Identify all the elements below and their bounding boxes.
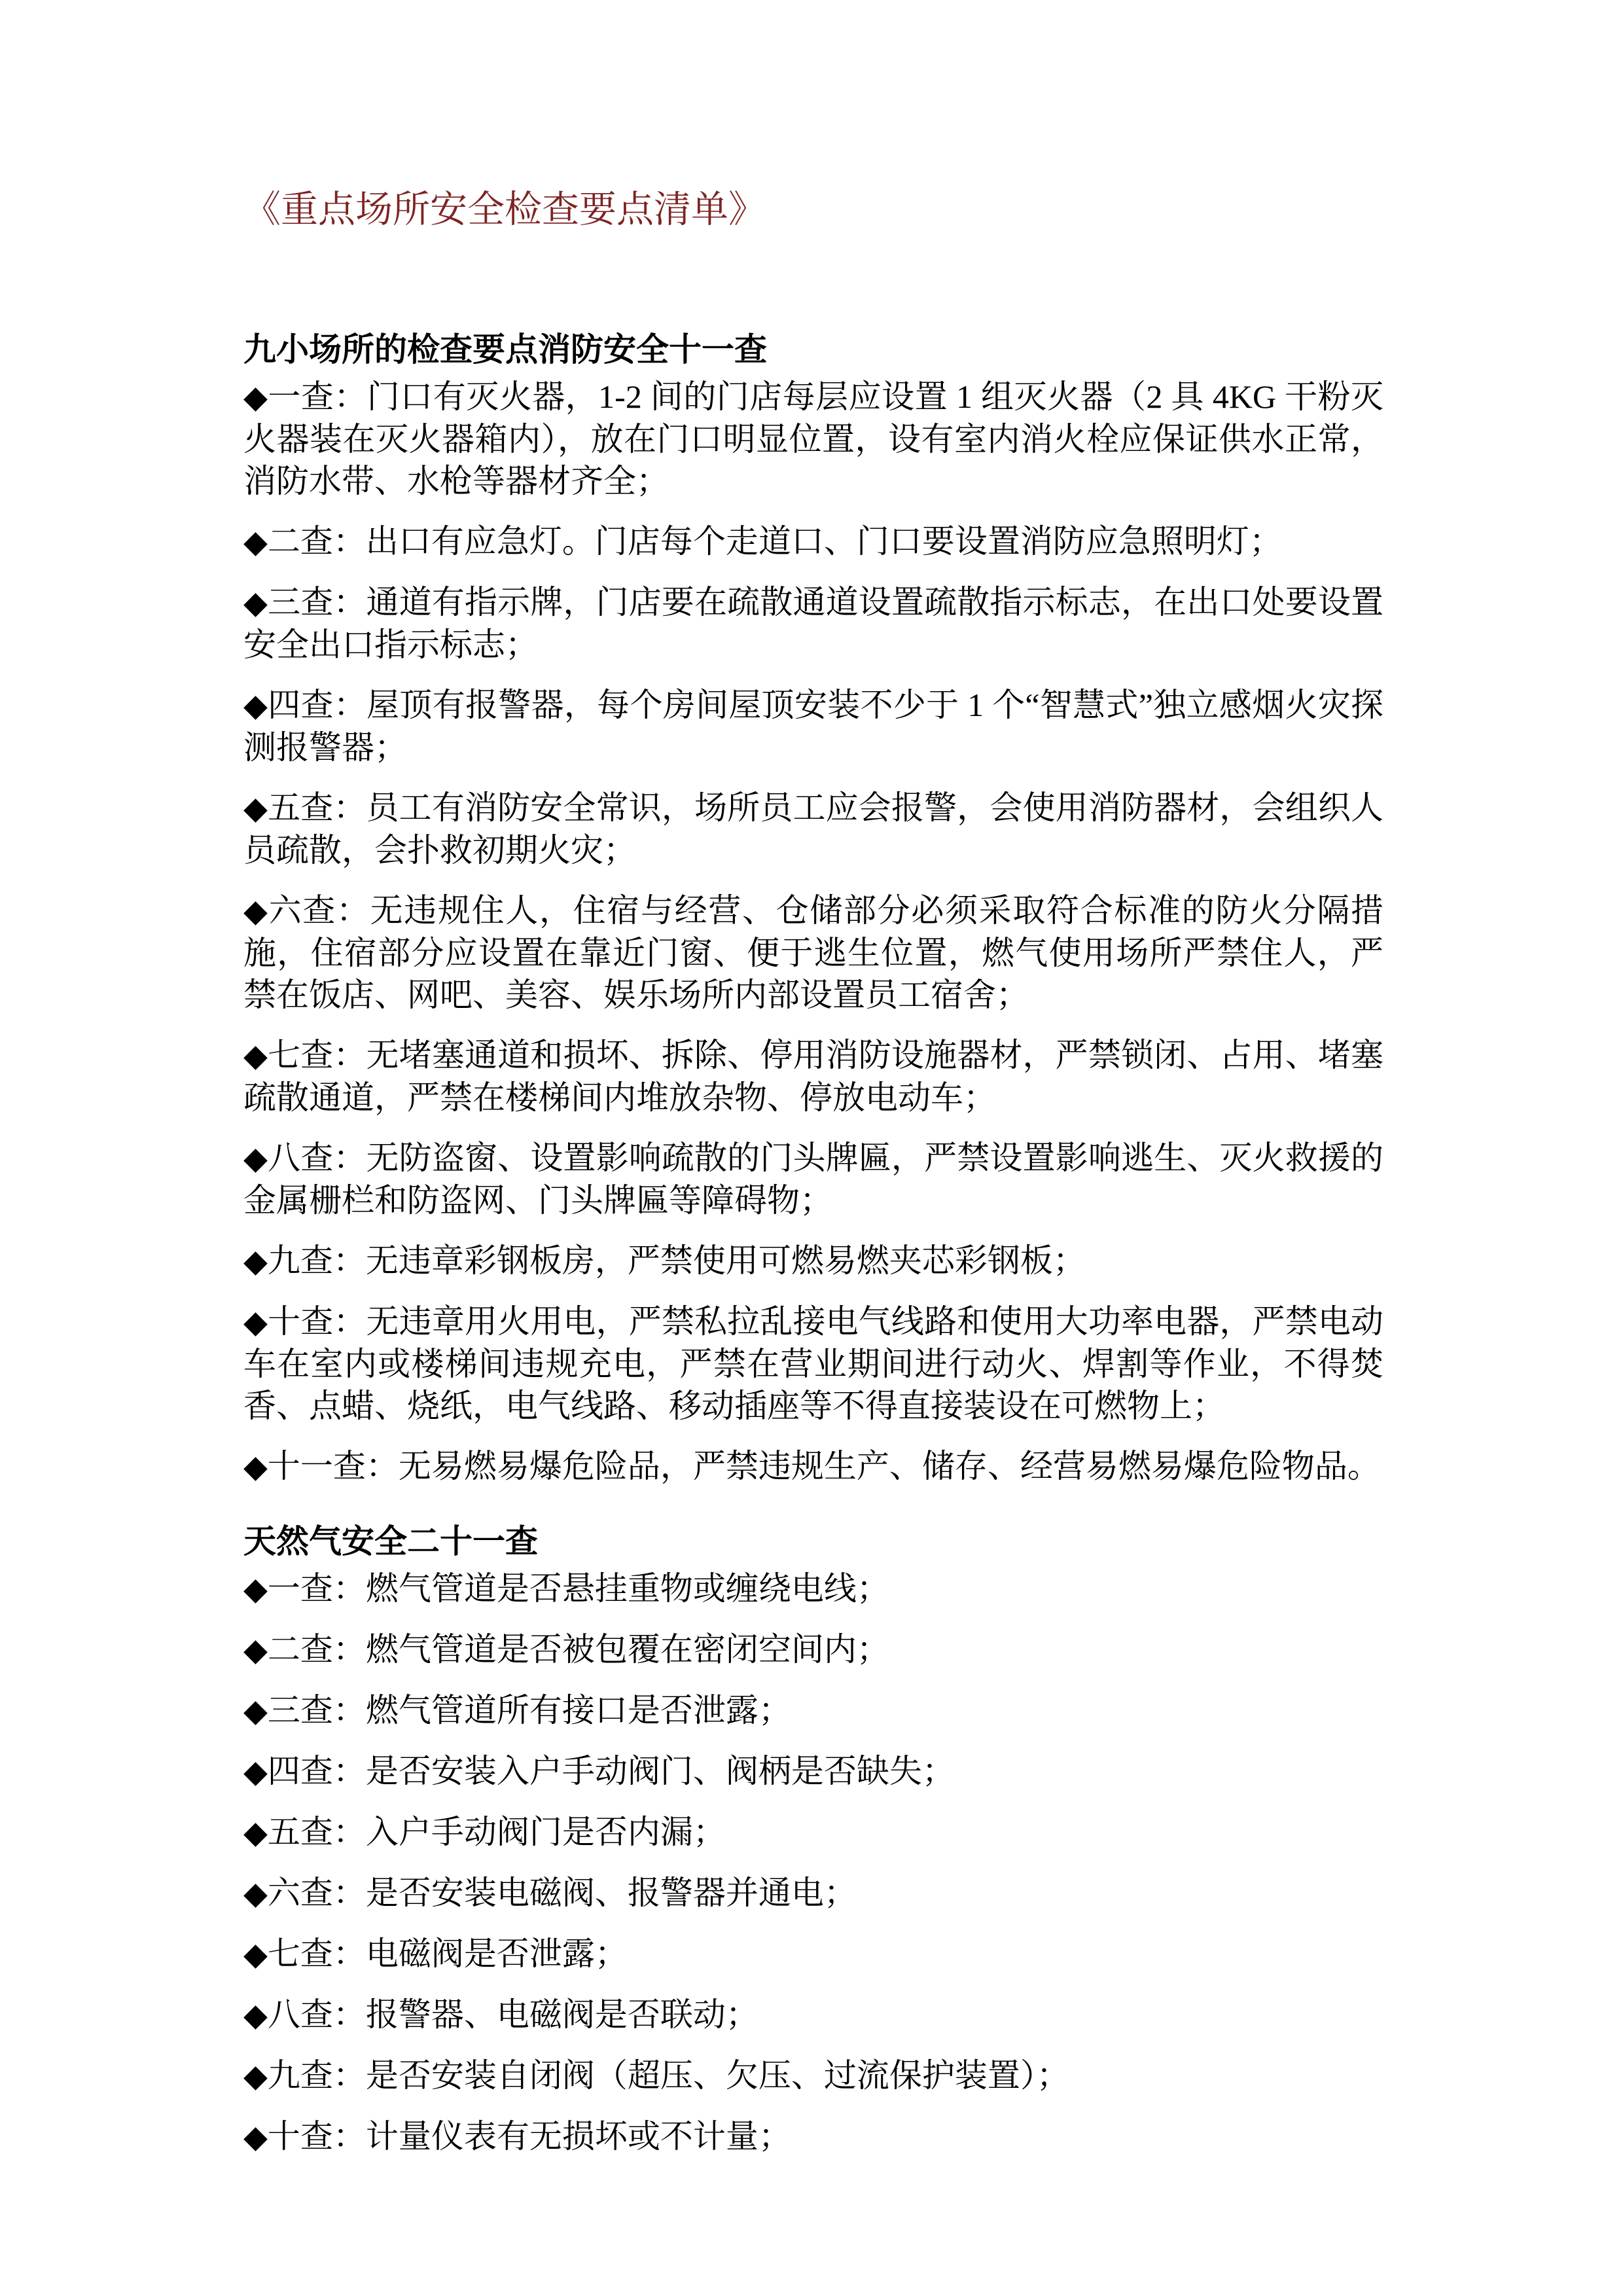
document-body: 九小场所的检查要点消防安全十一查 ◆一查：门口有灭火器，1-2 间的门店每层应设… xyxy=(243,329,1383,2158)
item-label: 七查： xyxy=(268,1935,366,1972)
item-text: 无违章用火用电，严禁私拉乱接电气线路和使用大功率电器，严禁电动车在室内或楼梯间违… xyxy=(243,1303,1383,1424)
checklist-item: ◆一查：门口有灭火器，1-2 间的门店每层应设置 1 组灭火器（2 具 4KG … xyxy=(243,376,1383,502)
item-label: 七查： xyxy=(268,1037,366,1073)
document-title: 《重点场所安全检查要点清单》 xyxy=(243,188,1383,232)
item-text: 通道有指示牌，门店要在疏散通道设置疏散指示标志，在出口处要设置安全出口指示标志； xyxy=(243,584,1383,663)
section-items: ◆一查：燃气管道是否悬挂重物或缠绕电线； ◆二查：燃气管道是否被包覆在密闭空间内… xyxy=(243,1568,1383,2158)
item-text: 员工有消防安全常识，场所员工应会报警，会使用消防器材，会组织人员疏散，会扑救初期… xyxy=(243,789,1383,869)
item-text: 无堵塞通道和损坏、拆除、停用消防设施器材，严禁锁闭、占用、堵塞疏散通道，严禁在楼… xyxy=(243,1037,1383,1116)
item-text: 是否安装自闭阀（超压、欠压、过流保护装置）； xyxy=(366,2057,1069,2094)
item-text: 无防盗窗、设置影响疏散的门头牌匾，严禁设置影响逃生、灭火救援的金属栅栏和防盗网、… xyxy=(243,1139,1383,1219)
item-text: 屋顶有报警器，每个房间屋顶安装不少于 1 个“智慧式”独立感烟火灾探测报警器； xyxy=(243,687,1383,766)
checklist-item: ◆四查：屋顶有报警器，每个房间屋顶安装不少于 1 个“智慧式”独立感烟火灾探测报… xyxy=(243,684,1383,768)
item-label: 十查： xyxy=(268,2118,366,2155)
checklist-item: ◆九查：是否安装自闭阀（超压、欠压、过流保护装置）； xyxy=(243,2054,1383,2097)
checklist-item: ◆二查：出口有应急灯。门店每个走道口、门口要设置消防应急照明灯； xyxy=(243,520,1383,563)
item-text: 无违规住人，住宿与经营、仓储部分必须采取符合标准的防火分隔措施，住宿部分应设置在… xyxy=(243,892,1383,1013)
item-label: 五查： xyxy=(268,1814,366,1850)
checklist-item: ◆四查：是否安装入户手动阀门、阀柄是否缺失； xyxy=(243,1750,1383,1793)
checklist-item: ◆八查：报警器、电磁阀是否联动； xyxy=(243,1994,1383,2036)
diamond-bullet-icon: ◆ xyxy=(243,687,268,724)
diamond-bullet-icon: ◆ xyxy=(243,1304,268,1340)
diamond-bullet-icon: ◆ xyxy=(243,1753,268,1790)
diamond-bullet-icon: ◆ xyxy=(243,1632,268,1668)
item-text: 无易燃易爆危险品，严禁违规生产、储存、经营易燃易爆危险物品。 xyxy=(399,1448,1380,1484)
item-text: 出口有应急灯。门店每个走道口、门口要设置消防应急照明灯； xyxy=(366,523,1282,560)
item-text: 电磁阀是否泄露； xyxy=(366,1935,628,1972)
checklist-item: ◆七查：电磁阀是否泄露； xyxy=(243,1933,1383,1975)
diamond-bullet-icon: ◆ xyxy=(243,1693,268,1729)
diamond-bullet-icon: ◆ xyxy=(243,1448,268,1485)
item-text: 是否安装入户手动阀门、阀柄是否缺失； xyxy=(366,1753,955,1789)
item-text: 入户手动阀门是否内漏； xyxy=(366,1814,726,1850)
checklist-item: ◆六查：无违规住人，住宿与经营、仓储部分必须采取符合标准的防火分隔措施，住宿部分… xyxy=(243,889,1383,1016)
item-label: 四查： xyxy=(268,687,366,723)
item-label: 五查： xyxy=(268,789,366,826)
item-text: 是否安装电磁阀、报警器并通电； xyxy=(366,1874,857,1911)
checklist-item: ◆三查：燃气管道所有接口是否泄露； xyxy=(243,1689,1383,1732)
diamond-bullet-icon: ◆ xyxy=(243,379,268,416)
item-label: 十查： xyxy=(268,1303,366,1340)
item-text: 报警器、电磁阀是否联动； xyxy=(366,1996,758,2033)
item-text: 燃气管道是否悬挂重物或缠绕电线； xyxy=(366,1570,889,1607)
document-content: 《重点场所安全检查要点清单》 九小场所的检查要点消防安全十一查 ◆一查：门口有灭… xyxy=(243,188,1383,2158)
item-label: 一查： xyxy=(268,1570,366,1607)
checklist-item: ◆六查：是否安装电磁阀、报警器并通电； xyxy=(243,1872,1383,1914)
checklist-item: ◆九查：无违章彩钢板房，严禁使用可燃易燃夹芯彩钢板； xyxy=(243,1240,1383,1282)
item-text: 门口有灭火器，1-2 间的门店每层应设置 1 组灭火器（2 具 4KG 干粉灭火… xyxy=(243,378,1383,499)
item-text: 燃气管道所有接口是否泄露； xyxy=(366,1692,791,1729)
checklist-item: ◆三查：通道有指示牌，门店要在疏散通道设置疏散指示标志，在出口处要设置安全出口指… xyxy=(243,581,1383,666)
checklist-item: ◆一查：燃气管道是否悬挂重物或缠绕电线； xyxy=(243,1568,1383,1610)
item-label: 六查： xyxy=(269,892,370,929)
item-label: 一查： xyxy=(268,378,366,415)
checklist-item: ◆五查：员工有消防安全常识，场所员工应会报警，会使用消防器材，会组织人员疏散，会… xyxy=(243,787,1383,871)
diamond-bullet-icon: ◆ xyxy=(243,2058,268,2094)
item-label: 二查： xyxy=(268,523,366,560)
document-page: 《重点场所安全检查要点清单》 九小场所的检查要点消防安全十一查 ◆一查：门口有灭… xyxy=(0,0,1623,2296)
diamond-bullet-icon: ◆ xyxy=(243,1037,268,1074)
item-label: 九查： xyxy=(268,2057,366,2094)
item-label: 四查： xyxy=(268,1753,366,1789)
item-label: 三查： xyxy=(268,584,366,620)
diamond-bullet-icon: ◆ xyxy=(243,1140,268,1177)
item-label: 十一查： xyxy=(268,1448,399,1484)
section: 天然气安全二十一查 ◆一查：燃气管道是否悬挂重物或缠绕电线； ◆二查：燃气管道是… xyxy=(243,1520,1383,2158)
item-label: 六查： xyxy=(268,1874,366,1911)
diamond-bullet-icon: ◆ xyxy=(243,1814,268,1851)
diamond-bullet-icon: ◆ xyxy=(243,584,268,621)
item-label: 八查： xyxy=(268,1139,366,1176)
item-label: 九查： xyxy=(268,1242,366,1279)
item-text: 无违章彩钢板房，严禁使用可燃易燃夹芯彩钢板； xyxy=(366,1242,1086,1279)
checklist-item: ◆十查：无违章用火用电，严禁私拉乱接电气线路和使用大功率电器，严禁电动车在室内或… xyxy=(243,1300,1383,1427)
checklist-item: ◆二查：燃气管道是否被包覆在密闭空间内； xyxy=(243,1628,1383,1671)
item-label: 二查： xyxy=(268,1631,366,1668)
diamond-bullet-icon: ◆ xyxy=(243,524,268,560)
checklist-item: ◆八查：无防盗窗、设置影响疏散的门头牌匾，严禁设置影响逃生、灭火救援的金属栅栏和… xyxy=(243,1137,1383,1221)
section-heading: 天然气安全二十一查 xyxy=(243,1520,1383,1562)
diamond-bullet-icon: ◆ xyxy=(243,1875,268,1912)
diamond-bullet-icon: ◆ xyxy=(243,1997,268,2034)
checklist-item: ◆十查：计量仪表有无损坏或不计量； xyxy=(243,2115,1383,2158)
checklist-item: ◆五查：入户手动阀门是否内漏； xyxy=(243,1811,1383,1854)
diamond-bullet-icon: ◆ xyxy=(243,893,269,929)
diamond-bullet-icon: ◆ xyxy=(243,790,268,827)
section-items: ◆一查：门口有灭火器，1-2 间的门店每层应设置 1 组灭火器（2 具 4KG … xyxy=(243,376,1383,1488)
item-text: 燃气管道是否被包覆在密闭空间内； xyxy=(366,1631,889,1668)
diamond-bullet-icon: ◆ xyxy=(243,1243,268,1280)
diamond-bullet-icon: ◆ xyxy=(243,1936,268,1973)
item-text: 计量仪表有无损坏或不计量； xyxy=(366,2118,791,2155)
item-label: 八查： xyxy=(268,1996,366,2033)
section-heading: 九小场所的检查要点消防安全十一查 xyxy=(243,329,1383,370)
checklist-item: ◆七查：无堵塞通道和损坏、拆除、停用消防设施器材，严禁锁闭、占用、堵塞疏散通道，… xyxy=(243,1034,1383,1119)
diamond-bullet-icon: ◆ xyxy=(243,1571,268,1607)
diamond-bullet-icon: ◆ xyxy=(243,2119,268,2155)
section: 九小场所的检查要点消防安全十一查 ◆一查：门口有灭火器，1-2 间的门店每层应设… xyxy=(243,329,1383,1488)
checklist-item: ◆十一查：无易燃易爆危险品，严禁违规生产、储存、经营易燃易爆危险物品。 xyxy=(243,1445,1383,1488)
item-label: 三查： xyxy=(268,1692,366,1729)
